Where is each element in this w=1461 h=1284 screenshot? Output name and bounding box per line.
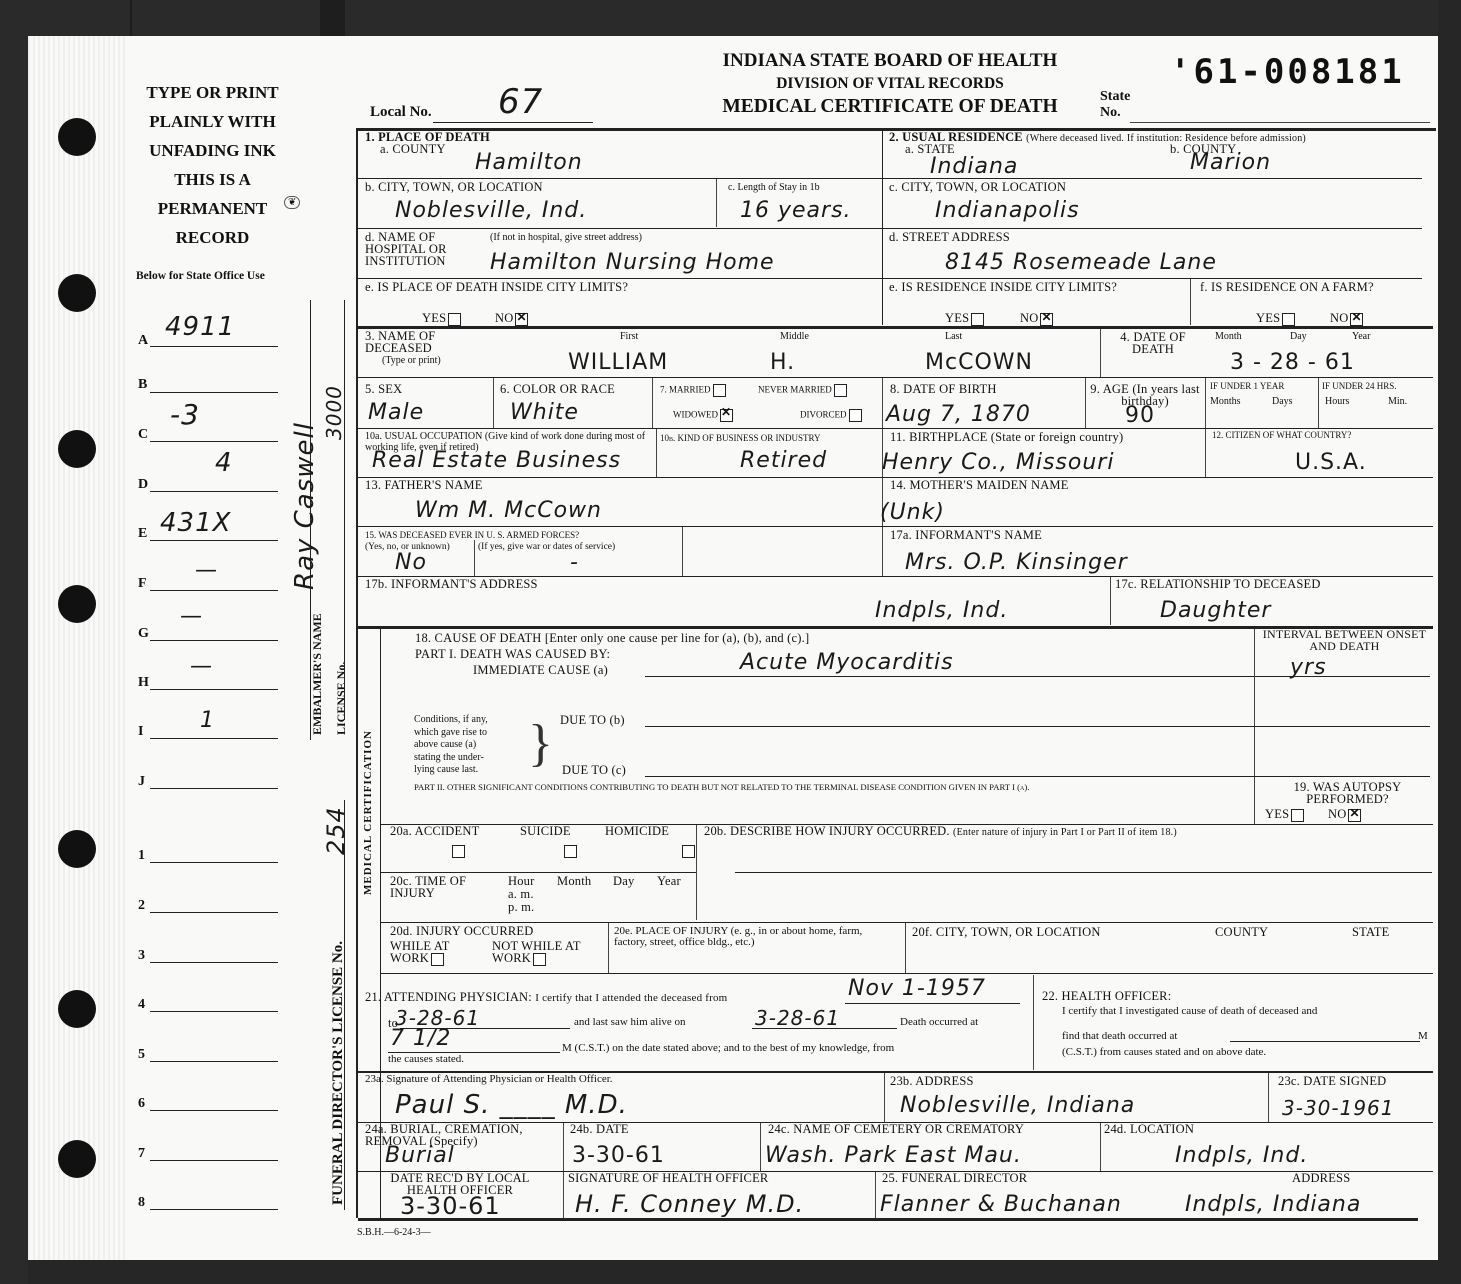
state-office-label: Below for State Office Use [136,270,265,282]
row-label-e: E [138,526,147,542]
never-married-option[interactable]: NEVER MARRIED [758,384,847,397]
citizen-value: U.S.A. [1295,450,1367,475]
days-label: Days [1272,396,1293,407]
punch-hole [58,118,96,156]
scan-border [1438,0,1461,1284]
accident-label: 20a. ACCIDENT [390,825,479,837]
deceased-name-label: 3. NAME OF DECEASED [365,330,475,354]
dod-day-label: Day [1290,331,1307,342]
first-label: First [620,331,638,342]
health-officer-m: M [1418,1031,1428,1042]
death-time-value: 7 1/2 [390,1026,451,1051]
health-officer-signature: H. F. Conney M.D. [575,1190,804,1218]
punch-hole [58,274,96,312]
row-label-c: C [138,427,148,443]
birthplace-label: 11. BIRTHPLACE (State or foreign country… [890,431,1123,443]
homicide-label: HOMICIDE [605,825,669,837]
married-option[interactable]: 7. MARRIED [660,384,726,397]
paper-noise [28,36,128,1260]
pod-county-label: a. COUNTY [380,143,446,155]
autopsy-yes[interactable]: YES [1265,808,1304,822]
union-label-stamp: ❦ [284,196,300,209]
num-row-8: 8 [138,1195,145,1211]
sex-value: Male [368,400,424,425]
due-to-b-label: DUE TO (b) [560,714,625,726]
last-label: Last [945,331,962,342]
divorced-option[interactable]: DIVORCED [800,409,862,422]
certificate-title: MEDICAL CERTIFICATE OF DEATH [680,96,1100,118]
instructions: TYPE OR PRINT PLAINLY WITH UNFADING INK … [130,78,295,252]
health-officer-label: 22. HEALTH OFFICER: [1042,990,1171,1002]
autopsy-no[interactable]: NO [1328,808,1361,822]
pod-stay-value: 16 years. [740,198,852,223]
time-of-injury-label: 20c. TIME OF INJURY [390,875,490,899]
row-value-g: — [180,604,203,629]
date-signed-label: 23c. DATE SIGNED [1278,1075,1386,1087]
punch-hole [58,430,96,468]
funeral-director-address-label: ADDRESS [1292,1172,1350,1184]
date-signed-value: 3-30-1961 [1282,1096,1395,1120]
pm-label: p. m. [508,901,534,913]
first-name-value: WILLIAM [568,350,668,375]
row-value-d: 4 [215,448,233,478]
place-of-injury-label: 20e. PLACE OF INJURY (e. g., in or about… [614,926,894,948]
relationship-value: Daughter [1160,598,1271,623]
mother-value: (Unk) [880,500,945,525]
pod-stay-label: c. Length of Stay in 1b [728,182,820,193]
res-city-limits-no[interactable]: NO [1020,312,1053,326]
sex-label: 5. SEX [365,383,402,395]
father-label: 13. FATHER'S NAME [365,479,483,491]
time-suffix-text: M (C.S.T.) on the date stated above; and… [562,1043,894,1054]
row-label-b: B [138,377,147,393]
physician-address-value: Noblesville, Indiana [900,1093,1135,1118]
hours-label: Hours [1325,396,1349,407]
res-street-value: 8145 Rosemeade Lane [945,250,1217,275]
brace: } [528,714,553,774]
not-while-at-work-option[interactable]: NOT WHILE AT WORK [492,940,592,966]
date-received-value: 3-30-61 [400,1192,501,1220]
deceased-name-note: (Type or print) [382,355,441,366]
res-city-value: Indianapolis [935,198,1080,223]
burial-location-label: 24d. LOCATION [1104,1123,1194,1135]
res-city-limits-yes[interactable]: YES [945,312,984,326]
father-value: Wm M. McCown [415,498,602,523]
injury-year-label: Year [657,875,681,887]
injury-county-label: COUNTY [1215,926,1268,938]
funeral-director-license-value: 254 [322,806,350,855]
occupation-value: Real Estate Business [372,448,621,473]
armed-forces-label: 15. WAS DECEASED EVER IN U. S. ARMED FOR… [365,530,579,540]
row-value-f: — [195,558,218,583]
local-no-value: 67 [498,82,543,122]
scan-border [345,0,1461,36]
due-to-c-label: DUE TO (c) [562,764,626,776]
middle-label: Middle [780,331,809,342]
last-saw-value: 3-28-61 [755,1006,840,1030]
mother-label: 14. MOTHER'S MAIDEN NAME [890,479,1069,491]
immediate-cause-value: Acute Myocarditis [740,650,954,675]
res-city-limits-label: e. IS RESIDENCE INSIDE CITY LIMITS? [889,281,1117,293]
embalmer-name-value: Ray Caswell [290,422,320,590]
middle-name-value: H. [770,350,795,375]
res-farm-yes[interactable]: YES [1256,312,1295,326]
causes-stated-text: the causes stated. [388,1054,464,1065]
dod-value: 3 - 28 - 61 [1230,350,1355,375]
row-label-h: H [138,675,149,691]
informant-address-value: Indpls, Ind. [875,598,1008,623]
while-at-work-option[interactable]: WHILE AT WORK [390,940,480,966]
burial-date-value: 3-30-61 [572,1143,665,1168]
relationship-label: 17c. RELATIONSHIP TO DECEASED [1115,578,1321,590]
pod-city-value: Noblesville, Ind. [395,198,587,223]
burial-type-value: Burial [385,1143,455,1168]
num-row-7: 7 [138,1146,145,1162]
suicide-checkbox[interactable] [564,845,577,858]
informant-address-label: 17b. INFORMANT'S ADDRESS [365,578,538,590]
num-row-4: 4 [138,997,145,1013]
dob-value: Aug 7, 1870 [886,402,1031,427]
pod-county-value: Hamilton [475,150,583,175]
row-value-i: 1 [200,708,215,733]
row-label-j: J [138,774,145,790]
hour-label: Hour [508,875,535,887]
part1-label: PART I. DEATH WAS CAUSED BY: [415,648,610,660]
res-county-value: Marion [1190,150,1271,175]
health-officer-text1: I certify that I investigated cause of d… [1062,1006,1317,1017]
under-24-hrs-label: IF UNDER 24 HRS. [1322,381,1397,391]
burial-date-label: 24b. DATE [570,1123,629,1135]
state-file-number: '61-008181 [1170,52,1405,92]
dob-label: 8. DATE OF BIRTH [890,383,997,395]
accident-checkbox[interactable] [452,845,465,858]
death-occurred-text: Death occurred at [900,1017,978,1028]
health-officer-text3: (C.S.T.) from causes stated and on above… [1062,1047,1266,1058]
embalmer-name-label: EMBALMER'S NAME [310,613,325,735]
pod-city-label: b. CITY, TOWN, OR LOCATION [365,181,543,193]
punch-hole [58,990,96,1028]
race-value: White [510,400,579,425]
num-row-2: 2 [138,898,145,914]
pod-city-limits-yes[interactable]: YES [422,312,461,326]
license-value: 3000 [322,385,346,440]
citizen-label: 12. CITIZEN OF WHAT COUNTRY? [1212,430,1351,440]
injury-day-label: Day [613,875,634,887]
punch-hole [58,830,96,868]
scan-border [0,1260,1461,1284]
last-saw-text: and last saw him alive on [574,1017,686,1028]
dod-year-label: Year [1352,331,1370,342]
row-label-d: D [138,477,148,493]
num-row-5: 5 [138,1047,145,1063]
interval-label: INTERVAL BETWEEN ONSET AND DEATH [1262,628,1427,652]
num-row-6: 6 [138,1096,145,1112]
widowed-option[interactable]: WIDOWED [673,409,733,422]
birthplace-value: Henry Co., Missouri [882,450,1114,475]
autopsy-label: 19. WAS AUTOPSY PERFORMED? [1265,781,1430,805]
row-value-e: 431X [160,508,231,538]
armed-forces-dates: - [570,550,579,575]
injury-occurred-label: 20d. INJURY OCCURRED [390,925,533,937]
informant-value: Mrs. O.P. Kinsinger [905,550,1128,575]
dod-month-label: Month [1215,331,1242,342]
funeral-director-address-value: Indpls, Indiana [1185,1192,1361,1217]
part2-label: PART II. OTHER SIGNIFICANT CONDITIONS CO… [414,782,1029,792]
burial-location-value: Indpls, Ind. [1175,1143,1308,1168]
funeral-director-value: Flanner & Buchanan [880,1192,1122,1217]
division-title: DIVISION OF VITAL RECORDS [680,75,1100,93]
conditions-note: Conditions, if any, which gave rise to a… [414,714,488,777]
physician-address-label: 23b. ADDRESS [890,1075,974,1087]
min-label: Min. [1388,396,1407,407]
health-officer-signature-label: SIGNATURE OF HEALTH OFFICER [568,1172,768,1184]
pod-city-limits-no[interactable]: NO [495,312,528,326]
row-label-a: A [138,333,148,349]
state-no-label: State No. [1100,89,1140,121]
under-1-year-label: IF UNDER 1 YEAR [1210,381,1284,391]
row-value-a: 4911 [165,312,235,342]
injury-state-label: STATE [1352,926,1390,938]
cemetery-label: 24c. NAME OF CEMETERY OR CREMATORY [768,1123,1024,1135]
race-label: 6. COLOR OR RACE [500,383,615,395]
local-no-label: Local No. [370,104,432,121]
punch-hole [58,585,96,623]
immediate-cause-label: IMMEDIATE CAUSE (a) [473,664,608,676]
scan-border [0,0,28,1284]
num-row-1: 1 [138,848,145,864]
form-code: S.B.H.—6-24-3— [357,1227,431,1238]
funeral-director-label: 25. FUNERAL DIRECTOR [882,1172,1027,1184]
health-officer-text2: find that death occurred at [1062,1031,1177,1042]
res-city-label: c. CITY, TOWN, OR LOCATION [889,181,1066,193]
cemetery-value: Wash. Park East Mau. [765,1143,1022,1168]
res-farm-label: f. IS RESIDENCE ON A FARM? [1200,281,1374,293]
board-title: INDIANA STATE BOARD OF HEALTH [680,50,1100,72]
physician-cert: 21. ATTENDING PHYSICIAN: I certify that … [365,991,727,1004]
pod-hospital-value: Hamilton Nursing Home [490,250,775,275]
row-label-g: G [138,626,149,642]
last-name-value: McCOWN [925,350,1033,375]
pod-city-limits-label: e. IS PLACE OF DEATH INSIDE CITY LIMITS? [365,281,628,293]
physician-signature: Paul S. ____ M.D. [395,1090,628,1120]
attended-from-value: Nov 1-1957 [848,976,986,1001]
industry-value: Retired [740,448,827,473]
injury-month-label: Month [557,875,591,887]
row-value-h: — [190,654,213,679]
dod-label: 4. DATE OF DEATH [1108,331,1198,355]
industry-label: 10b. KIND OF BUSINESS OR INDUSTRY [660,433,821,443]
license-label: LICENSE No. [334,662,349,735]
pod-hospital-note: (If not in hospital, give street address… [490,232,642,243]
row-label-f: F [138,576,147,592]
suicide-label: SUICIDE [520,825,571,837]
row-value-c: -3 [170,398,200,431]
injury-city-label: 20f. CITY, TOWN, OR LOCATION [912,926,1101,938]
res-farm-no[interactable]: NO [1330,312,1363,326]
interval-value: yrs [1290,655,1327,680]
armed-forces-value: No [395,550,427,575]
row-label-i: I [138,724,143,740]
cause-of-death-title: 18. CAUSE OF DEATH [Enter only one cause… [415,632,809,644]
describe-injury-label: 20b. DESCRIBE HOW INJURY OCCURRED. (Ente… [704,825,1177,838]
homicide-checkbox[interactable] [682,845,695,858]
informant-label: 17a. INFORMANT'S NAME [890,529,1042,541]
age-value: 90 [1125,403,1155,428]
armed-forces-note2: (If yes, give war or dates of service) [478,542,615,552]
signature-label: 23a. Signature of Attending Physician or… [365,1074,613,1085]
res-street-label: d. STREET ADDRESS [889,231,1010,243]
res-state-value: Indiana [930,154,1018,179]
months-label: Months [1210,396,1241,407]
num-row-3: 3 [138,948,145,964]
punch-hole [58,1140,96,1178]
pod-hospital-label: d. NAME OF HOSPITAL OR INSTITUTION [365,231,485,267]
am-label: a. m. [508,888,534,900]
scan-border [132,0,320,36]
